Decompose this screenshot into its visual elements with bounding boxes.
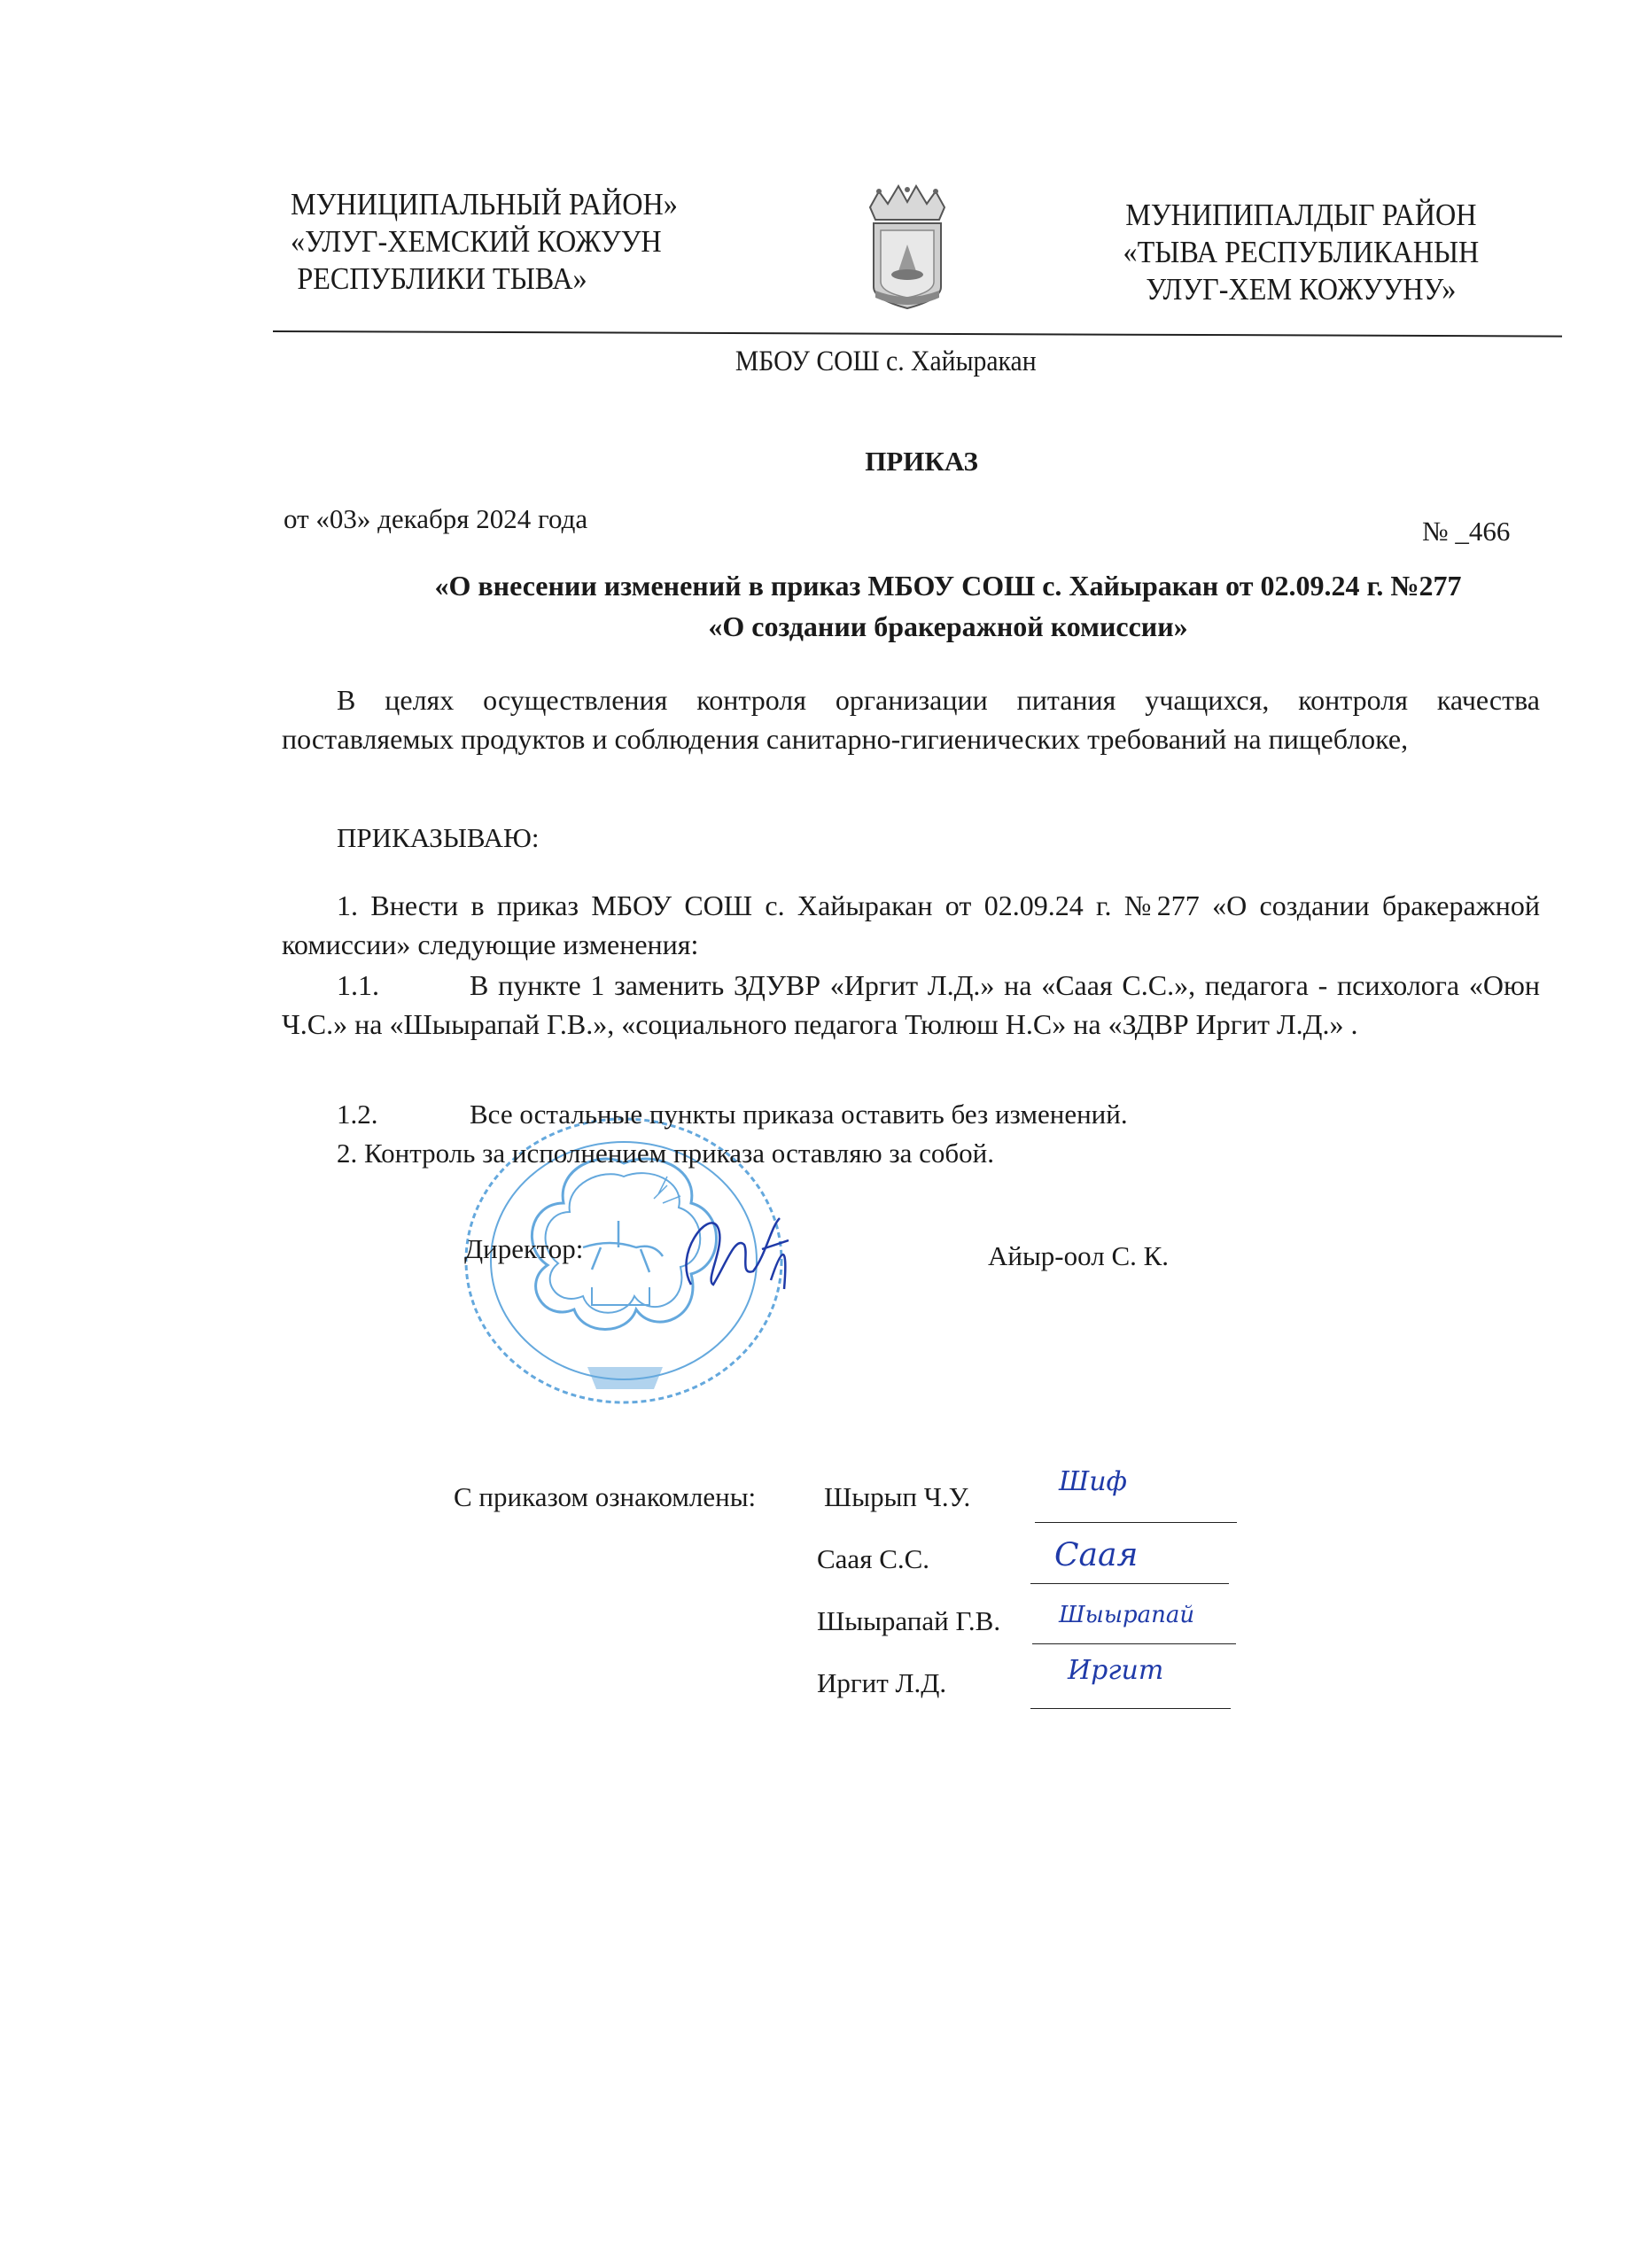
ack-signature-icon: Саая <box>1054 1537 1138 1573</box>
order-item-1: 1. Внести в приказ МБОУ СОШ с. Хайыракан… <box>282 886 1540 964</box>
order-item-2: 2. Контроль за исполнением приказа остав… <box>337 1138 994 1169</box>
item-label: 1. <box>337 889 358 921</box>
subject-line-1: «О внесении изменений в приказ МБОУ СОШ … <box>319 565 1577 606</box>
item-label: 2. <box>337 1138 357 1169</box>
header-right-block: МУНИПИПАЛДЫГ РАЙОН «ТЫВА РЕСПУБЛИКАНЫН У… <box>1123 197 1479 308</box>
organization-name: МБОУ СОШ с. Хайыракан <box>0 346 1648 378</box>
order-word: ПРИКАЗЫВАЮ: <box>337 822 539 854</box>
document-title-text: ПРИКАЗ <box>865 446 978 478</box>
ack-signature-icon: Иргит <box>1068 1655 1163 1686</box>
ack-signature-icon: Шыырапай <box>1059 1602 1194 1628</box>
header-right-line: МУНИПИПАЛДЫГ РАЙОН <box>1123 197 1479 234</box>
order-item-1-1: 1.1.В пункте 1 заменить ЗДУВР «Иргит Л.Д… <box>282 966 1540 1044</box>
signature-line <box>1030 1708 1231 1709</box>
organization-name-text: МБОУ СОШ с. Хайыракан <box>735 346 1037 378</box>
preamble-paragraph: В целях осуществления контроля организац… <box>282 680 1540 758</box>
order-item-1-2: 1.2.Все остальные пункты приказа оставит… <box>337 1099 1128 1130</box>
signature-line <box>1032 1643 1236 1644</box>
ack-person-name: Саая С.С. <box>817 1543 929 1575</box>
subject-line-2: «О создании бракеражной комиссии» <box>319 606 1577 647</box>
document-number: № _466 <box>1422 516 1510 548</box>
ack-person-name: Шырып Ч.У. <box>824 1481 970 1513</box>
item-text: В пункте 1 заменить ЗДУВР «Иргит Л.Д.» н… <box>282 969 1540 1040</box>
item-text: Контроль за исполнением приказа оставляю… <box>364 1138 994 1169</box>
header-divider <box>273 330 1562 338</box>
header-left-line: МУНИЦИПАЛЬНЫЙ РАЙОН» <box>291 186 678 223</box>
item-label: 1.1. <box>282 966 470 1005</box>
header-right-line: УЛУГ-ХЕМ КОЖУУНУ» <box>1123 271 1479 308</box>
document-date: от «03» декабря 2024 года <box>284 503 587 535</box>
ack-signature-icon: Шиф <box>1059 1466 1127 1497</box>
item-text: Внести в приказ МБОУ СОШ с. Хайыракан от… <box>282 889 1540 960</box>
item-label: 1.2. <box>337 1099 470 1130</box>
header-left-line: РЕСПУБЛИКИ ТЫВА» <box>291 260 678 298</box>
director-role: Директор: <box>464 1233 583 1265</box>
document-title: ПРИКАЗ <box>0 446 1648 478</box>
ack-person-name: Шыырапай Г.В. <box>817 1605 1000 1637</box>
header-left-block: МУНИЦИПАЛЬНЫЙ РАЙОН» «УЛУГ-ХЕМСКИЙ КОЖУУ… <box>291 186 678 298</box>
signature-line <box>1035 1522 1237 1523</box>
header-left-line: «УЛУГ-ХЕМСКИЙ КОЖУУН <box>291 223 678 260</box>
ack-person-name: Иргит Л.Д. <box>817 1667 946 1699</box>
header-right-line: «ТЫВА РЕСПУБЛИКАНЫН <box>1123 234 1479 271</box>
signature-line <box>1030 1583 1229 1584</box>
director-signature-icon <box>656 1200 904 1298</box>
acknowledgement-label: С приказом ознакомлены: <box>454 1481 756 1513</box>
item-text: Все остальные пункты приказа оставить бе… <box>470 1099 1128 1130</box>
document-subject: «О внесении изменений в приказ МБОУ СОШ … <box>319 565 1577 647</box>
coat-of-arms-icon <box>858 183 957 315</box>
director-name: Айыр-оол С. К. <box>988 1240 1169 1272</box>
